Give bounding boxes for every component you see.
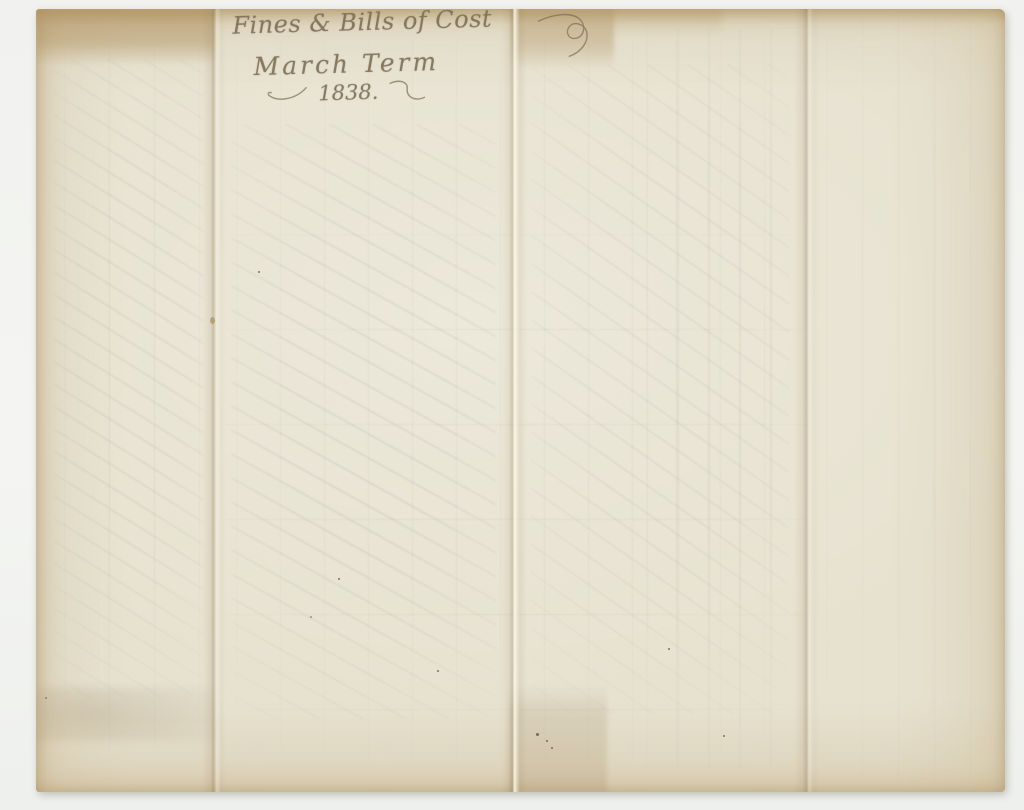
paper-speck [45,697,47,699]
paper-speck [310,616,312,618]
bleedthrough-writing-right [531,64,789,714]
docket-year-text: 1838. [318,80,379,106]
docket-title-line: Fines & Bills of Cost [232,9,547,40]
paper-speck [668,648,670,650]
paper-sheet: Fines & Bills of Cost March Term 1838. [36,9,1005,792]
laid-lines-right-panel [826,17,1005,779]
fold-crease-center [501,9,527,792]
document-scan: Fines & Bills of Cost March Term 1838. [0,0,1024,810]
pen-flourish-right-icon [388,77,427,104]
shade-bottom-left [36,687,216,741]
paper-speck [210,317,215,324]
bleedthrough-rules-right [646,29,796,769]
paper-speck [536,733,539,736]
paper-speck [258,271,260,273]
fold-crease-right [794,9,820,792]
paper-speck [437,670,439,672]
docket-term-text: March Term [253,47,439,81]
bleedthrough-writing-middle [231,124,496,719]
pen-flourish-left-icon [266,85,308,104]
paper-speck [338,578,340,580]
paper-speck [551,747,553,749]
bleedthrough-writing-left [54,59,204,699]
bleedthrough-rules-horizontal [226,234,806,744]
paper-speck [546,740,548,742]
pen-flourish-tail-icon [536,10,593,60]
fold-crease-left [202,9,226,792]
stain-bottom-middle [509,685,607,792]
paper-speck [723,735,725,737]
bleedthrough-rules-left [64,49,206,749]
docket-inscription: Fines & Bills of Cost March Term 1838. [186,9,549,110]
docket-title-text: Fines & Bills of Cost [232,9,492,40]
bleedthrough-rules-middle [236,39,794,759]
